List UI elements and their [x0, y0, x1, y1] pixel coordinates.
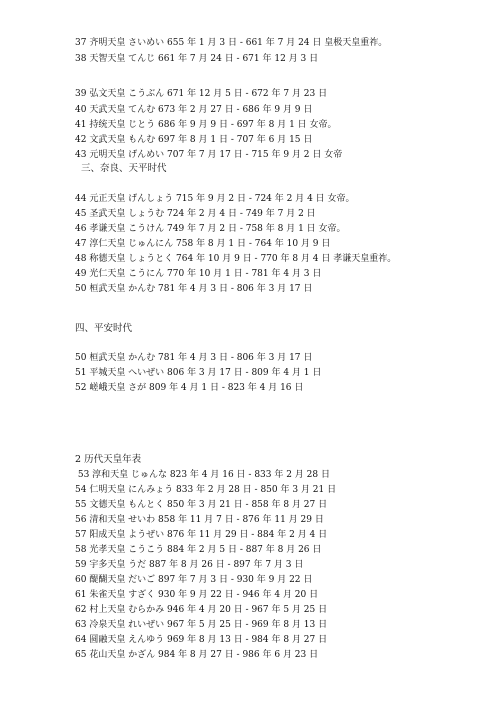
emperor-entry: 41 持统天皇 じとう 686 年 9 月 9 日 - 697 年 8 月 1 … — [75, 119, 337, 131]
emperor-entry: 57 阳成天皇 ようぜい 876 年 11 月 29 日 - 884 年 2 月… — [75, 529, 327, 541]
emperor-entry: 45 圣武天皇 しょうむ 724 年 2 月 4 日 - 749 年 7 月 2… — [75, 208, 316, 220]
emperor-entry: 44 元正天皇 げんしょう 715 年 9 月 2 日 - 724 年 2 月 … — [75, 193, 355, 205]
emperor-entry: 50 桓武天皇 かんむ 781 年 4 月 3 日 - 806 年 3 月 17… — [75, 283, 312, 295]
emperor-entry: 38 天智天皇 てんじ 661 年 7 月 24 日 - 671 年 12 月 … — [75, 53, 318, 65]
emperor-entry: 62 村上天皇 むらかみ 946 年 4 月 20 日 - 967 年 5 月 … — [75, 604, 327, 616]
emperor-entry: 42 文武天皇 もんむ 697 年 8 月 1 日 - 707 年 6 月 15… — [75, 134, 312, 146]
emperor-entry: 48 称德天皇 しょうとく 764 年 10 月 9 日 - 770 年 8 月… — [75, 253, 396, 265]
emperor-entry: 39 弘文天皇 こうぶん 671 年 12 月 5 日 - 672 年 7 月 … — [75, 88, 327, 100]
emperor-entry: 63 冷泉天皇 れいぜい 967 年 5 月 25 日 - 969 年 8 月 … — [75, 619, 327, 631]
emperor-entry: 40 天武天皇 てんむ 673 年 2 月 27 日 - 686 年 9 月 9… — [75, 104, 312, 116]
emperor-entry: 46 孝谦天皇 こうけん 749 年 7 月 2 日 - 758 年 8 月 1… — [75, 223, 346, 235]
emperor-entry: 58 光孝天皇 こうこう 884 年 2 月 5 日 - 887 年 8 月 2… — [75, 544, 321, 556]
emperor-entry: 37 齐明天皇 さいめい 655 年 1 月 3 日 - 661 年 7 月 2… — [75, 37, 387, 49]
emperor-entry: 56 清和天皇 せいわ 858 年 11 月 7 日 - 876 年 11 月 … — [75, 514, 324, 526]
emperor-entry: 55 文德天皇 もんとく 850 年 3 月 21 日 - 858 年 8 月 … — [75, 499, 327, 511]
emperor-entry: 43 元明天皇 げんめい 707 年 7 月 17 日 - 715 年 9 月 … — [75, 149, 342, 161]
emperor-entry: 50 桓武天皇 かんむ 781 年 4 月 3 日 - 806 年 3 月 17… — [75, 352, 312, 364]
emperor-entry: 59 宇多天皇 うだ 887 年 8 月 26 日 - 897 年 7 月 3 … — [75, 559, 303, 571]
section-heading: 2 历代天皇年表 — [75, 454, 141, 466]
emperor-entry: 53 淳和天皇 じゅんな 823 年 4 月 16 日 - 833 年 2 月 … — [75, 469, 330, 481]
emperor-entry: 54 仁明天皇 にんみょう 833 年 2 月 28 日 - 850 年 3 月… — [75, 484, 336, 496]
emperor-entry: 60 醍醐天皇 だいご 897 年 7 月 3 日 - 930 年 9 月 22… — [75, 574, 312, 586]
emperor-entry: 47 淳仁天皇 じゅんにん 758 年 8 月 1 日 - 764 年 10 月… — [75, 238, 330, 250]
emperor-entry: 49 光仁天皇 こうにん 770 年 10 月 1 日 - 781 年 4 月 … — [75, 268, 321, 280]
emperor-entry: 65 花山天皇 かざん 984 年 8 月 27 日 - 986 年 6 月 2… — [75, 649, 318, 661]
emperor-entry: 61 朱雀天皇 すざく 930 年 9 月 22 日 - 946 年 4 月 2… — [75, 589, 318, 601]
emperor-entry: 64 圆融天皇 えんゆう 969 年 8 月 13 日 - 984 年 8 月 … — [75, 634, 327, 646]
emperor-entry: 51 平城天皇 へいぜい 806 年 3 月 17 日 - 809 年 4 月 … — [75, 367, 321, 379]
section-heading: 四、平安时代 — [75, 323, 132, 335]
emperor-entry: 52 嵯峨天皇 さが 809 年 4 月 1 日 - 823 年 4 月 16 … — [75, 382, 303, 394]
section-heading: 三、奈良、天平时代 — [75, 163, 167, 175]
